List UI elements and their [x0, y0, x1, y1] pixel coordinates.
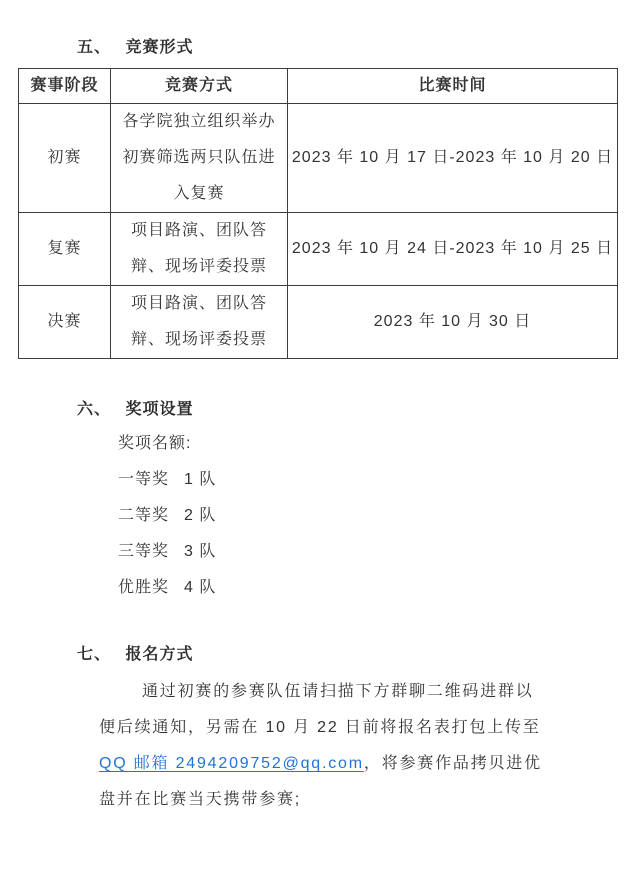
- method-line: 辩、现场评委投票: [111, 322, 287, 358]
- award-name: 二等奖: [118, 507, 169, 524]
- cell-time-final: 2023 年 10 月 30 日: [288, 286, 618, 359]
- registration-paragraph-line-1: 通过初赛的参赛队伍请扫描下方群聊二维码进群以: [99, 674, 534, 710]
- table-row-final: 决赛 项目路演、团队答 辩、现场评委投票 2023 年 10 月 30 日: [19, 286, 618, 359]
- award-name: 优胜奖: [118, 579, 169, 596]
- section-7-number: 七、: [77, 646, 111, 663]
- cell-method-final: 项目路演、团队答 辩、现场评委投票: [111, 286, 288, 359]
- award-item-merit-prize: 优胜奖4 队: [118, 570, 216, 606]
- cell-stage-semifinal: 复赛: [19, 213, 111, 286]
- award-name: 三等奖: [118, 543, 169, 560]
- section-5-title: 竞赛形式: [125, 39, 193, 56]
- award-item-second-prize: 二等奖2 队: [118, 498, 216, 534]
- award-item-first-prize: 一等奖1 队: [118, 462, 216, 498]
- header-time: 比赛时间: [288, 69, 618, 104]
- registration-paragraph-line-4: 盘并在比赛当天携带参赛;: [99, 782, 301, 818]
- section-6-heading: 六、 奖项设置: [77, 399, 193, 421]
- header-stage: 赛事阶段: [19, 69, 111, 104]
- award-count: 2 队: [184, 507, 216, 524]
- award-quota-subtitle: 奖项名额:: [118, 426, 191, 462]
- table-row-semifinal: 复赛 项目路演、团队答 辩、现场评委投票 2023 年 10 月 24 日-20…: [19, 213, 618, 286]
- cell-time-semifinal: 2023 年 10 月 24 日-2023 年 10 月 25 日: [288, 213, 618, 286]
- section-5-heading: 五、 竞赛形式: [77, 37, 193, 59]
- qq-email-link[interactable]: QQ 邮箱 2494209752@qq.com: [99, 755, 364, 772]
- method-line: 入复赛: [111, 176, 287, 212]
- award-item-third-prize: 三等奖3 队: [118, 534, 216, 570]
- competition-table: 赛事阶段 竞赛方式 比赛时间 初赛 各学院独立组织举办 初赛筛选两只队伍进 入复…: [18, 68, 618, 359]
- award-name: 一等奖: [118, 471, 169, 488]
- method-line: 初赛筛选两只队伍进: [111, 140, 287, 176]
- method-line: 项目路演、团队答: [111, 213, 287, 249]
- section-6-title: 奖项设置: [125, 401, 193, 418]
- section-7-heading: 七、 报名方式: [77, 644, 193, 666]
- registration-paragraph-line-2: 便后续通知，另需在 10 月 22 日前将报名表打包上传至: [99, 710, 541, 746]
- table-row-preliminary: 初赛 各学院独立组织举办 初赛筛选两只队伍进 入复赛 2023 年 10 月 1…: [19, 104, 618, 213]
- section-6-number: 六、: [77, 401, 111, 418]
- award-count: 1 队: [184, 471, 216, 488]
- method-line: 项目路演、团队答: [111, 286, 287, 322]
- cell-stage-preliminary: 初赛: [19, 104, 111, 213]
- table-header-row: 赛事阶段 竞赛方式 比赛时间: [19, 69, 618, 104]
- award-count: 3 队: [184, 543, 216, 560]
- registration-paragraph-line-3: QQ 邮箱 2494209752@qq.com，将参赛作品拷贝进优: [99, 746, 542, 782]
- cell-time-preliminary: 2023 年 10 月 17 日-2023 年 10 月 20 日: [288, 104, 618, 213]
- registration-paragraph-line-3-rest: ，将参赛作品拷贝进优: [364, 755, 542, 772]
- cell-stage-final: 决赛: [19, 286, 111, 359]
- section-5-number: 五、: [77, 39, 111, 56]
- method-line: 辩、现场评委投票: [111, 249, 287, 285]
- document-page: 五、 竞赛形式 赛事阶段 竞赛方式 比赛时间 初赛 各学院独立组织举办 初赛筛选…: [0, 0, 644, 877]
- cell-method-semifinal: 项目路演、团队答 辩、现场评委投票: [111, 213, 288, 286]
- cell-method-preliminary: 各学院独立组织举办 初赛筛选两只队伍进 入复赛: [111, 104, 288, 213]
- header-method: 竞赛方式: [111, 69, 288, 104]
- method-line: 各学院独立组织举办: [111, 104, 287, 140]
- section-7-title: 报名方式: [125, 646, 193, 663]
- award-count: 4 队: [184, 579, 216, 596]
